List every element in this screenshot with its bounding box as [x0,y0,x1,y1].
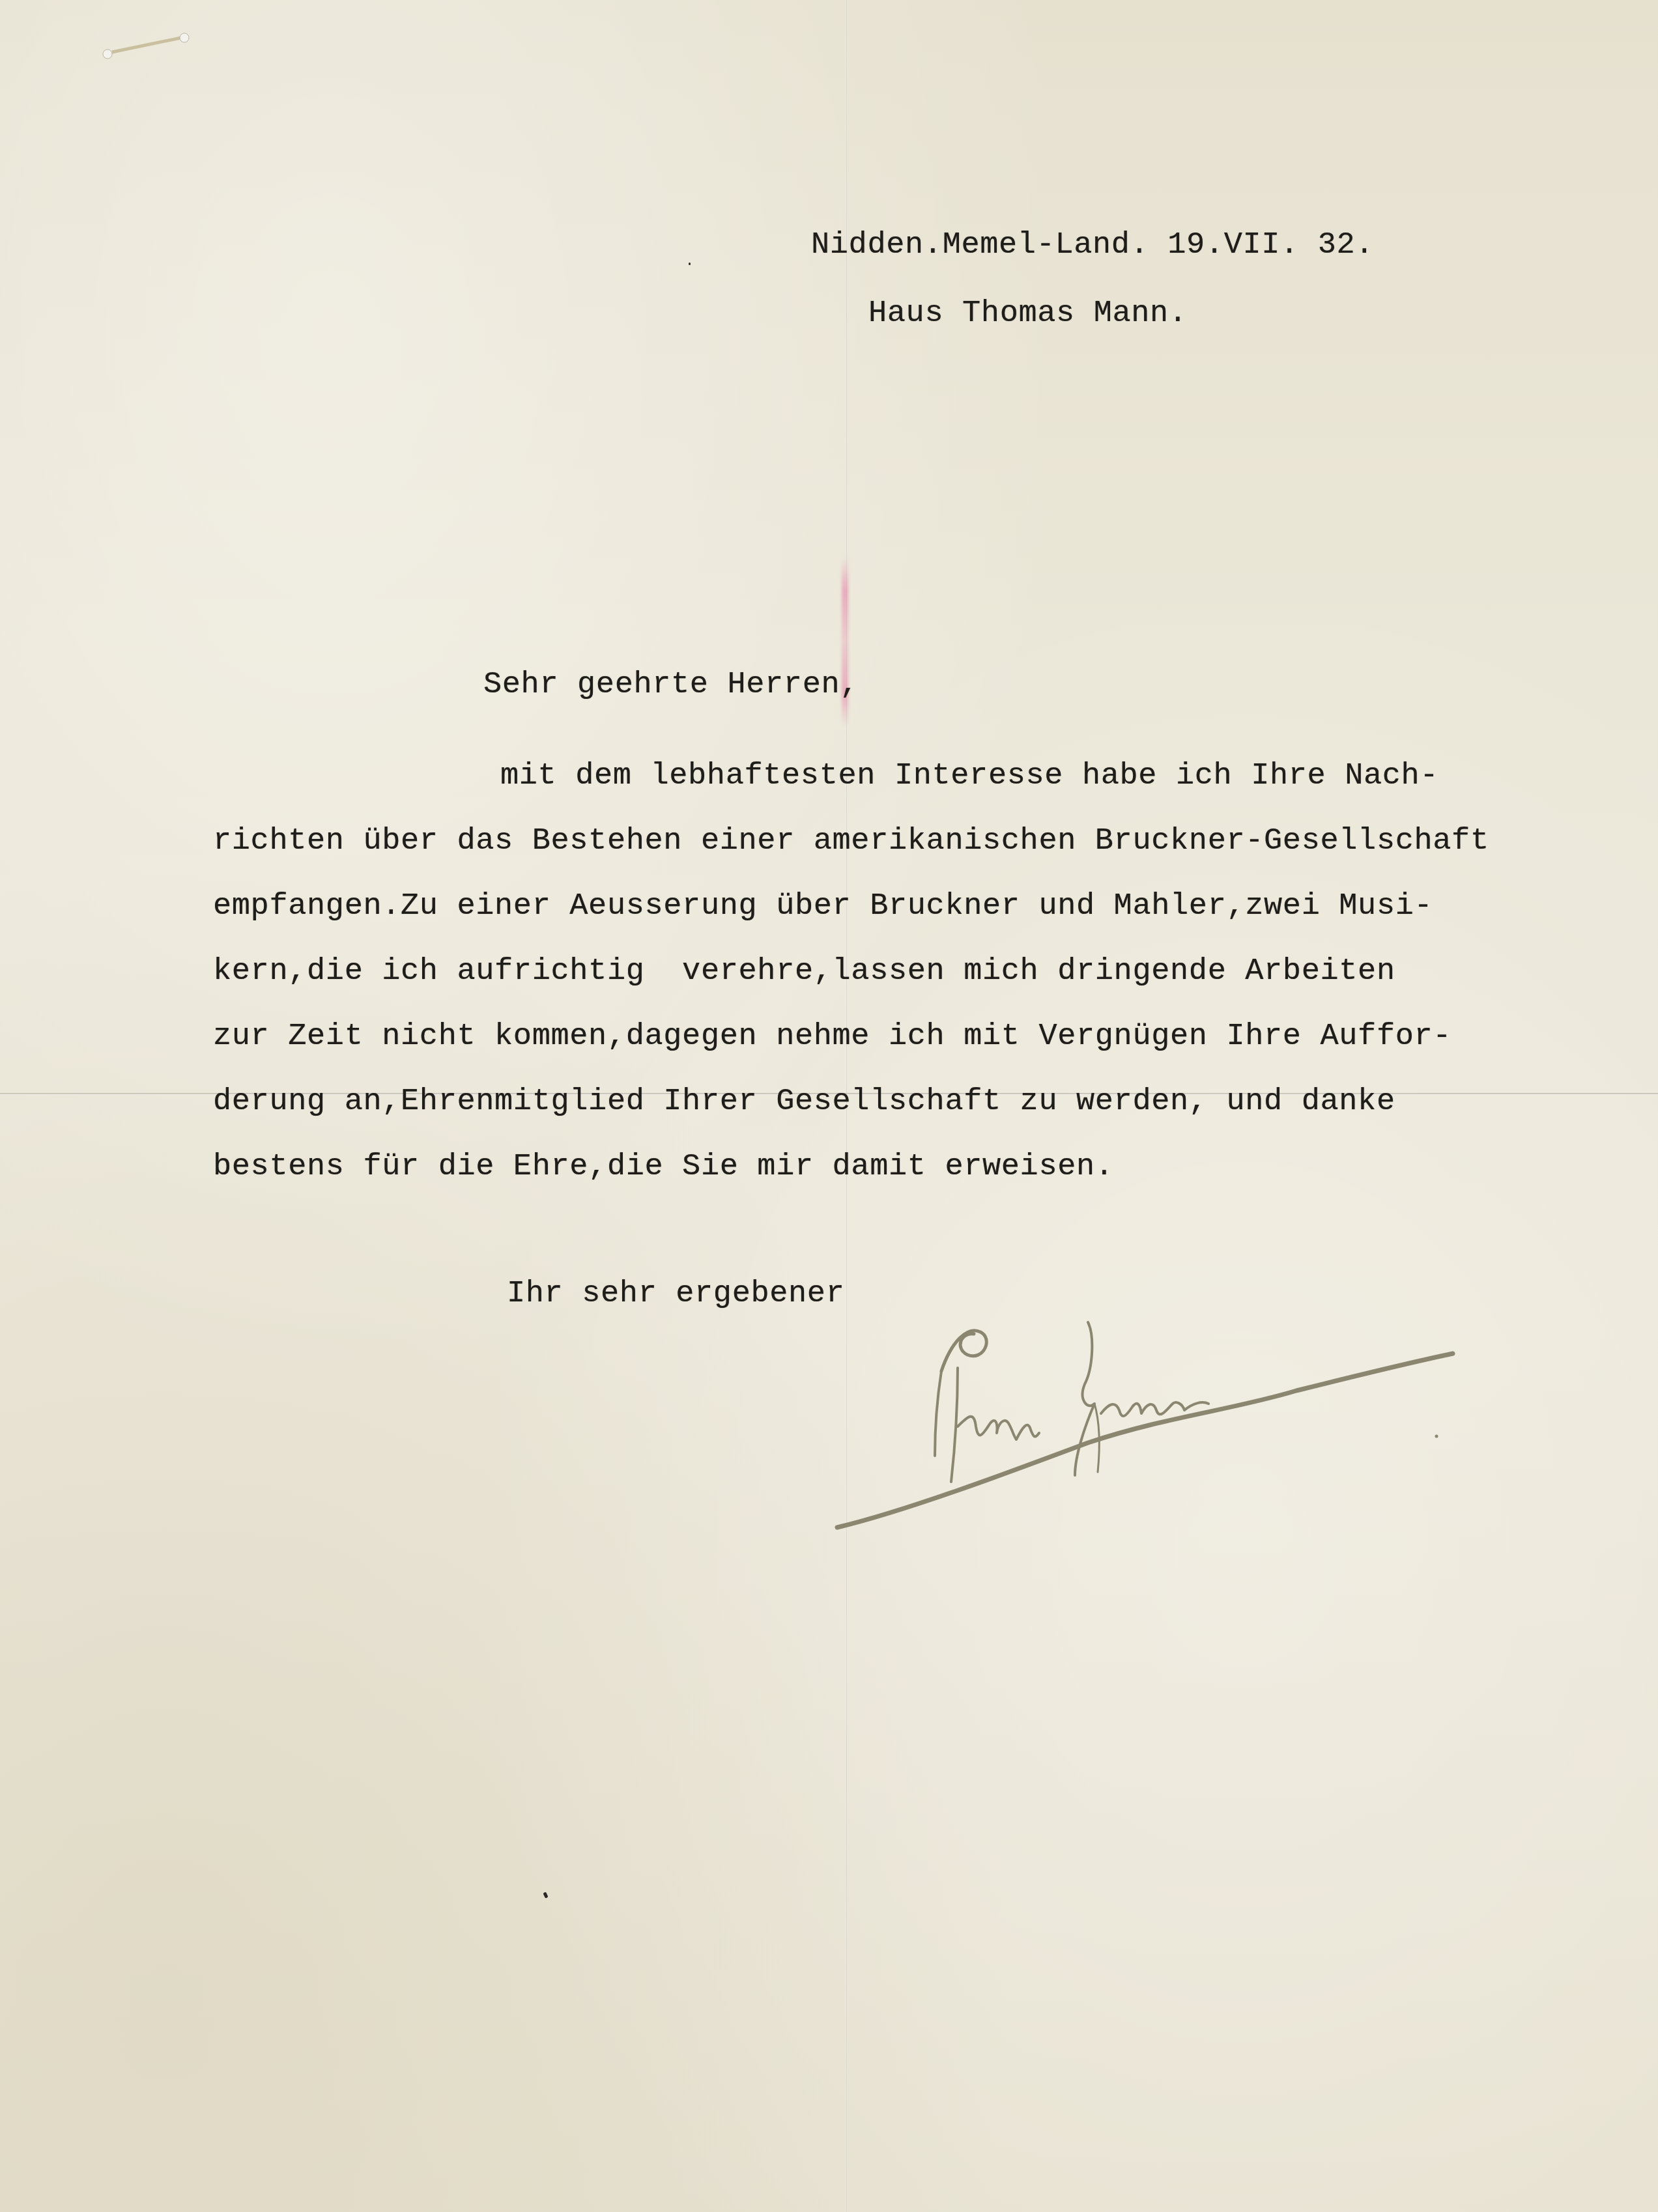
body-line-7: bestens für die Ehre,die Sie mir damit e… [213,1150,1114,1184]
body-line-1: mit dem lebhaftesten Interesse habe ich … [500,759,1438,793]
body-line-5: zur Zeit nicht kommen,dagegen nehme ich … [213,1019,1451,1054]
salutation: Sehr geehrte Herren, [483,668,859,702]
body-line-2: richten über das Bestehen einer amerikan… [213,824,1489,858]
place-date-line: Nidden.Memel-Land. 19.VII. 32. [811,228,1374,262]
closing-line: Ihr sehr ergebener [507,1277,844,1311]
body-line-6: derung an,Ehrenmitglied Ihrer Gesellscha… [213,1085,1395,1119]
ink-speck [689,262,691,265]
handwritten-signature [827,1277,1485,1537]
body-line-3: empfangen.Zu einer Aeusserung über Bruck… [213,889,1433,924]
body-line-4: kern,die ich aufrichtig verehre,lassen m… [213,954,1395,989]
address-line: Haus Thomas Mann. [868,296,1188,331]
pin-hole-mark [98,33,195,72]
